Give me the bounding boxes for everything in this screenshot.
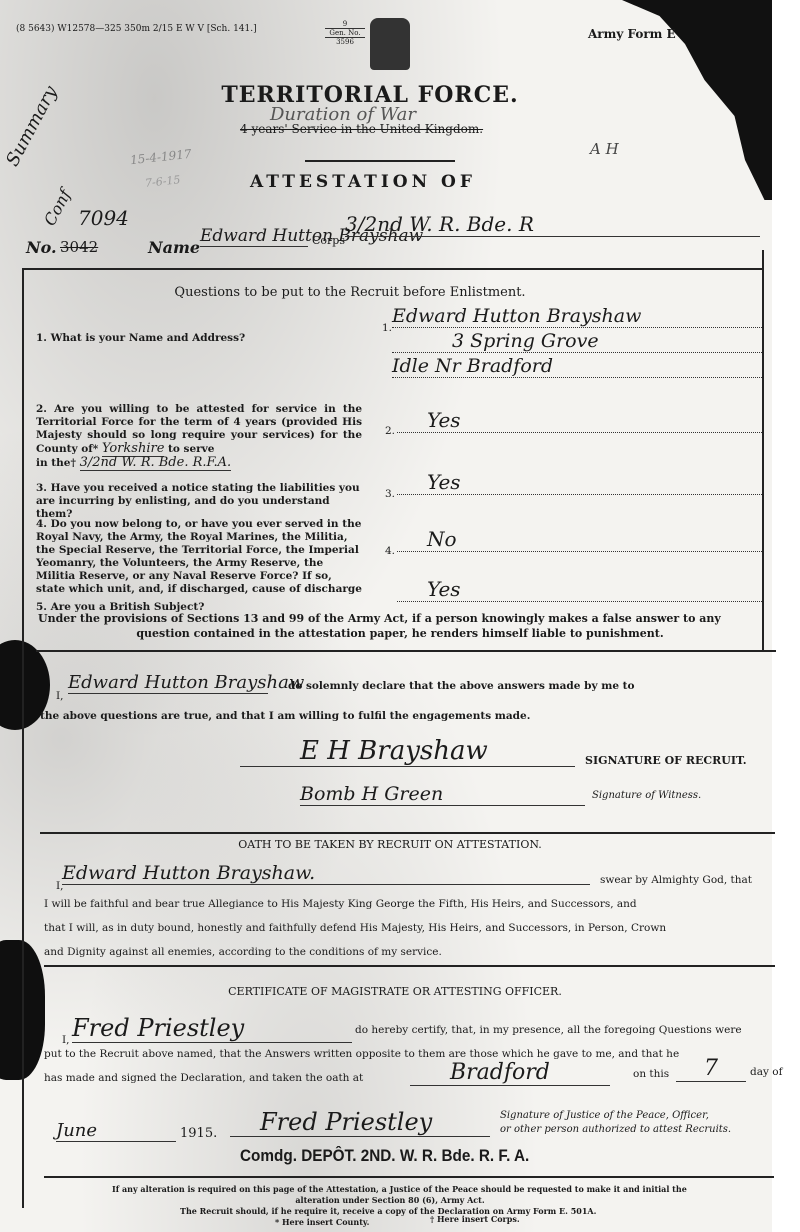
gen-no-label: Gen. No. — [325, 28, 365, 38]
answer-number: 4. — [385, 545, 395, 558]
attestation-title: ATTESTATION OF — [250, 172, 476, 192]
divider — [305, 160, 455, 162]
print-code: (8 5643) W12578—325 350m 2/15 E W V [Sch… — [16, 24, 257, 34]
place-value: Bradford — [410, 1060, 610, 1086]
certificate-heading: CERTIFICATE OF MAGISTRATE OR ATTESTING O… — [160, 985, 630, 998]
officer-signature: Fred Priestley — [230, 1108, 490, 1137]
year-value: 1915. — [180, 1126, 217, 1141]
name-value: Edward Hutton Brayshaw — [200, 226, 308, 247]
answer-3: Yes — [397, 470, 762, 495]
section-divider — [36, 650, 776, 652]
answer-1-line-3: Idle Nr Bradford — [392, 355, 762, 378]
declaration-text-2: the above questions are true, and that I… — [40, 710, 530, 723]
answer-5: Yes — [397, 577, 762, 602]
declaration-name: Edward Hutton Brayshaw — [68, 672, 268, 694]
certificate-prefix: I, — [62, 1034, 70, 1047]
answer-number: 2. — [385, 425, 395, 438]
gen-no-top: 9 — [325, 20, 365, 28]
answer-number: 3. — [385, 488, 395, 501]
witness-signature-label: Signature of Witness. — [592, 790, 701, 801]
legal-warning-1: Under the provisions of Sections 13 and … — [38, 612, 762, 625]
unit-value: 3/2nd W. R. Bde. R.F.A. — [80, 455, 232, 471]
no-value-struck: 3042 — [60, 238, 98, 256]
legal-warning-2: question contained in the attestation pa… — [38, 627, 762, 640]
footer-note-3: The Recruit should, if he require it, re… — [180, 1206, 596, 1216]
depot-stamp: Comdg. DEPÔT. 2ND. W. R. Bde. R. F. A. — [240, 1146, 529, 1166]
section-divider — [44, 965, 775, 967]
certificate-text-3: has made and signed the Declaration, and… — [44, 1072, 363, 1085]
signature-label-1: Signature of Justice of the Peace, Offic… — [500, 1110, 709, 1121]
answer-1-line-1: Edward Hutton Brayshaw — [392, 305, 762, 328]
declaration-prefix: I, — [56, 690, 64, 703]
box-border — [762, 250, 764, 650]
day-value: 7 — [676, 1056, 746, 1082]
answer-4: No — [397, 527, 762, 552]
section-divider — [40, 832, 775, 834]
questions-heading: Questions to be put to the Recruit befor… — [160, 285, 540, 300]
margin-initials: A H — [590, 140, 619, 158]
answer-number: 1. — [382, 322, 392, 335]
footer-note-1: If any alteration is required on this pa… — [112, 1184, 687, 1194]
corps-value: 3/2nd W. R. Bde. R — [345, 212, 760, 237]
oath-text-3: that I will, as in duty bound, honestly … — [44, 922, 666, 935]
question-4: 4. Do you now belong to, or have you eve… — [36, 518, 362, 596]
answer-2: Yes — [397, 408, 762, 433]
declaration-text-1: do solemnly declare that the above answe… — [288, 680, 635, 693]
oath-name: Edward Hutton Brayshaw. — [62, 862, 590, 885]
box-border — [22, 268, 762, 270]
name-label: Name — [148, 238, 200, 257]
oath-heading: OATH TO BE TAKEN BY RECRUIT ON ATTESTATI… — [160, 838, 620, 851]
gen-no-bottom: 3596 — [325, 38, 365, 46]
signature-label-2: or other person authorized to attest Rec… — [500, 1124, 731, 1135]
question-1: 1. What is your Name and Address? — [36, 332, 356, 345]
oath-text-1: swear by Almighty God, that — [600, 874, 752, 887]
footer-note-2: alteration under Section 80 (6), Army Ac… — [180, 1195, 600, 1205]
certificate-text-1: do hereby certify, that, in my presence,… — [355, 1024, 742, 1037]
oath-text-2: I will be faithful and bear true Allegia… — [44, 898, 637, 911]
no-value: 7094 — [78, 206, 129, 230]
question-3: 3. Have you received a notice stating th… — [36, 482, 362, 521]
question-2: 2. Are you willing to be attested for se… — [36, 403, 362, 470]
page-margin — [772, 0, 800, 1232]
recruit-signature-label: SIGNATURE OF RECRUIT. — [585, 754, 747, 767]
footer-note-4a: * Here insert County. — [275, 1217, 369, 1227]
oath-text-4: and Dignity against all enemies, accordi… — [44, 946, 442, 959]
struck-term: 4 years' Service in the United Kingdom. — [240, 122, 483, 136]
answer-1-line-2: 3 Spring Grove — [392, 330, 762, 353]
no-label: No. — [26, 238, 57, 257]
corps-label: Corps — [312, 234, 345, 247]
officer-name: Fred Priestley — [72, 1014, 352, 1043]
form-label: Army Form E — [588, 27, 676, 41]
on-this-label: on this — [633, 1068, 669, 1081]
crest-icon — [370, 18, 410, 70]
month-value: June — [56, 1120, 176, 1142]
gen-no: 9 Gen. No. 3596 — [325, 20, 365, 46]
recruit-signature: E H Brayshaw — [240, 736, 575, 767]
witness-signature: Bomb H Green — [300, 783, 585, 806]
box-bottom — [44, 1176, 774, 1178]
footer-note-4b: † Here insert Corps. — [430, 1214, 520, 1224]
day-label: day of — [750, 1066, 782, 1079]
box-border — [22, 268, 24, 1208]
